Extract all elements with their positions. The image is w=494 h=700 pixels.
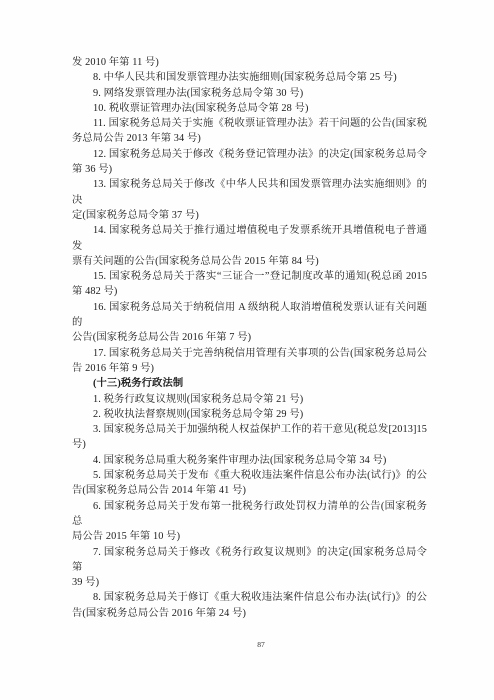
text-line: 14. 国家税务总局关于推行通过增值税电子发票系统开具增值税电子普通发	[72, 223, 427, 254]
text-line: 11. 国家税务总局关于实施《税收票证管理办法》若干问题的公告(国家税	[72, 116, 427, 131]
section-heading: (十三)税务行政法制	[72, 376, 427, 391]
text-line: 号)	[72, 437, 427, 452]
text-line: 告 2016 年第 9 号)	[72, 361, 427, 376]
text-line: 3. 国家税务总局关于加强纳税人权益保护工作的若干意见(税总发[2013]15	[72, 422, 427, 437]
text-line: 5. 国家税务总局关于发布《重大税收违法案件信息公布办法(试行)》的公	[72, 468, 427, 483]
text-line: 8. 国家税务总局关于修订《重大税收违法案件信息公布办法(试行)》的公	[72, 590, 427, 605]
text-line: 8. 中华人民共和国发票管理办法实施细则(国家税务总局令第 25 号)	[72, 70, 427, 85]
text-line: 发 2010 年第 11 号)	[72, 55, 427, 70]
text-line: 定(国家税务总局令第 37 号)	[72, 208, 427, 223]
text-line: 16. 国家税务总局关于纳税信用 A 级纳税人取消增值税发票认证有关问题的	[72, 300, 427, 331]
text-line: 6. 国家税务总局关于发布第一批税务行政处罚权力清单的公告(国家税务总	[72, 499, 427, 530]
text-line: 39 号)	[72, 575, 427, 590]
text-line: 12. 国家税务总局关于修改《税务登记管理办法》的决定(国家税务总局令	[72, 147, 427, 162]
text-line: 局公告 2015 年第 10 号)	[72, 529, 427, 544]
text-line: 17. 国家税务总局关于完善纳税信用管理有关事项的公告(国家税务总局公	[72, 346, 427, 361]
text-line: 告(国家税务总局公告 2016 年第 24 号)	[72, 606, 427, 621]
text-line: 务总局公告 2013 年第 34 号)	[72, 131, 427, 146]
text-line: 10. 税收票证管理办法(国家税务总局令第 28 号)	[72, 101, 427, 116]
text-line: 第 36 号)	[72, 162, 427, 177]
document-page: 发 2010 年第 11 号)8. 中华人民共和国发票管理办法实施细则(国家税务…	[0, 0, 494, 700]
text-line: 票有关问题的公告(国家税务总局公告 2015 年第 84 号)	[72, 254, 427, 269]
text-line: 第 482 号)	[72, 284, 427, 299]
text-line: 告(国家税务总局公告 2014 年第 41 号)	[72, 483, 427, 498]
text-line: 4. 国家税务总局重大税务案件审理办法(国家税务总局令第 34 号)	[72, 453, 427, 468]
text-line: 2. 税收执法督察规则(国家税务总局令第 29 号)	[72, 407, 427, 422]
text-line: 15. 国家税务总局关于落实“三证合一”登记制度改革的通知(税总函 2015	[72, 269, 427, 284]
page-number: 87	[0, 640, 494, 649]
text-line: 1. 税务行政复议规则(国家税务总局令第 21 号)	[72, 392, 427, 407]
text-line: 9. 网络发票管理办法(国家税务总局令第 30 号)	[72, 86, 427, 101]
text-line: 公告(国家税务总局公告 2016 年第 7 号)	[72, 330, 427, 345]
document-text-block: 发 2010 年第 11 号)8. 中华人民共和国发票管理办法实施细则(国家税务…	[72, 55, 427, 621]
text-line: 7. 国家税务总局关于修改《税务行政复议规则》的决定(国家税务总局令第	[72, 545, 427, 576]
text-line: 13. 国家税务总局关于修改《中华人民共和国发票管理办法实施细则》的决	[72, 177, 427, 208]
